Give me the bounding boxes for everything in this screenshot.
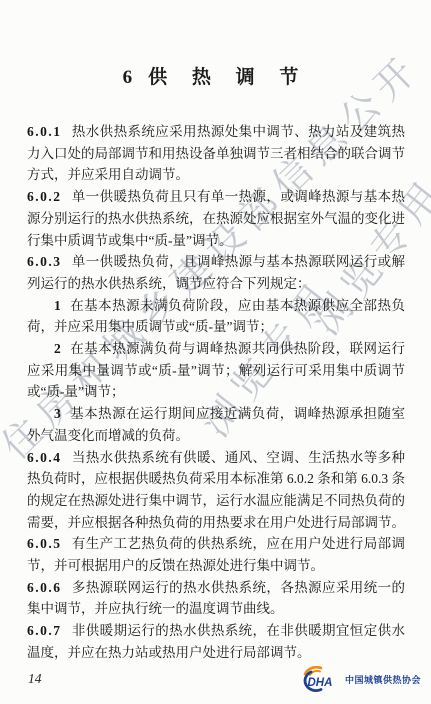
clause-6-0-6: 6.0.6多热源联网运行的热水供热系统，各热源应采用统一的集中调节，并应执行统一… xyxy=(27,577,405,620)
clause-6-0-7: 6.0.7非供暖期运行的热水供热系统，在非供暖期宜恒定供水温度，并应在热力站或热… xyxy=(27,620,405,663)
clause-number: 6.0.6 xyxy=(27,580,62,595)
clause-text: 热水供热系统应采用热源处集中调节、热力站及建筑热力入口处的局部调节和用热设备单独… xyxy=(27,124,405,182)
item-text: 在基本热源未满负荷阶段，应由基本热源供应全部热负荷，并应采用集中质调节或“质-量… xyxy=(27,298,405,335)
clause-number: 6.0.5 xyxy=(27,536,62,551)
chapter-title: 6供 热 调 节 xyxy=(0,62,431,89)
clause-6-0-3-item-3: 3基本热源在运行期间应接近满负荷，调峰热源承担随室外气温变化而增减的负荷。 xyxy=(27,403,405,446)
dha-abbr-text: DHA xyxy=(307,677,332,689)
clause-number: 6.0.1 xyxy=(27,124,62,139)
item-number: 3 xyxy=(54,406,61,421)
clause-6-0-4: 6.0.4当热水供热系统有供暖、通风、空调、生活热水等多种热负荷时，应根据供暖热… xyxy=(27,447,405,534)
clause-text: 多热源联网运行的热水供热系统，各热源应采用统一的集中调节，并应执行统一的温度调节… xyxy=(27,580,405,617)
clause-text: 单一供暖热负荷且只有单一热源，或调峰热源与基本热源分别运行的热水供热系统，在热源… xyxy=(27,189,405,247)
clause-number: 6.0.7 xyxy=(27,623,62,638)
clause-6-0-3-item-1: 1在基本热源未满负荷阶段，应由基本热源供应全部热负荷，并应采用集中质调节或“质-… xyxy=(27,295,405,338)
chapter-number: 6 xyxy=(123,67,133,88)
dha-logo-icon: DHA xyxy=(297,666,341,692)
chapter-title-text: 供 热 调 节 xyxy=(148,67,308,88)
item-text: 基本热源在运行期间应接近满负荷，调峰热源承担随室外气温变化而增减的负荷。 xyxy=(27,406,405,443)
clause-6-0-3: 6.0.3单一供暖热负荷，且调峰热源与基本热源联网运行或解列运行的热水供热系统，… xyxy=(27,251,405,294)
clause-6-0-5: 6.0.5有生产工艺热负荷的供热系统，应在用户处进行局部调节，并可根据用户的反馈… xyxy=(27,533,405,576)
clause-number: 6.0.3 xyxy=(27,254,62,269)
clause-text: 单一供暖热负荷，且调峰热源与基本热源联网运行或解列运行的热水供热系统，调节应符合… xyxy=(27,254,405,291)
clause-text: 当热水供热系统有供暖、通风、空调、生活热水等多种热负荷时，应根据供暖热负荷采用本… xyxy=(27,450,405,530)
item-number: 1 xyxy=(54,298,61,313)
item-number: 2 xyxy=(54,341,61,356)
association-name: 中国城镇供热协会 xyxy=(345,673,421,686)
clause-number: 6.0.4 xyxy=(27,450,62,465)
page-number: 14 xyxy=(28,671,42,687)
clause-body: 6.0.1热水供热系统应采用热源处集中调节、热力站及建筑热力入口处的局部调节和用… xyxy=(27,121,405,664)
clause-6-0-2: 6.0.2单一供暖热负荷且只有单一热源，或调峰热源与基本热源分别运行的热水供热系… xyxy=(27,186,405,251)
item-text: 在基本热源满负荷与调峰热源共同供热阶段，联网运行应采用集中量调节或“质-量”调节… xyxy=(27,341,405,399)
document-page: 住房和城乡建设部信息公开 浏览专用 浏览专用 6供 热 调 节 6.0.1热水供… xyxy=(0,0,431,704)
clause-number: 6.0.2 xyxy=(27,189,62,204)
clause-6-0-3-item-2: 2在基本热源满负荷与调峰热源共同供热阶段，联网运行应采用集中量调节或“质-量”调… xyxy=(27,338,405,403)
clause-text: 非供暖期运行的热水供热系统，在非供暖期宜恒定供水温度，并应在热力站或热用户处进行… xyxy=(27,623,405,660)
association-logo: DHA 中国城镇供热协会 xyxy=(297,666,421,692)
clause-text: 有生产工艺热负荷的供热系统，应在用户处进行局部调节，并可根据用户的反馈在热源处进… xyxy=(27,536,405,573)
clause-6-0-1: 6.0.1热水供热系统应采用热源处集中调节、热力站及建筑热力入口处的局部调节和用… xyxy=(27,121,405,186)
